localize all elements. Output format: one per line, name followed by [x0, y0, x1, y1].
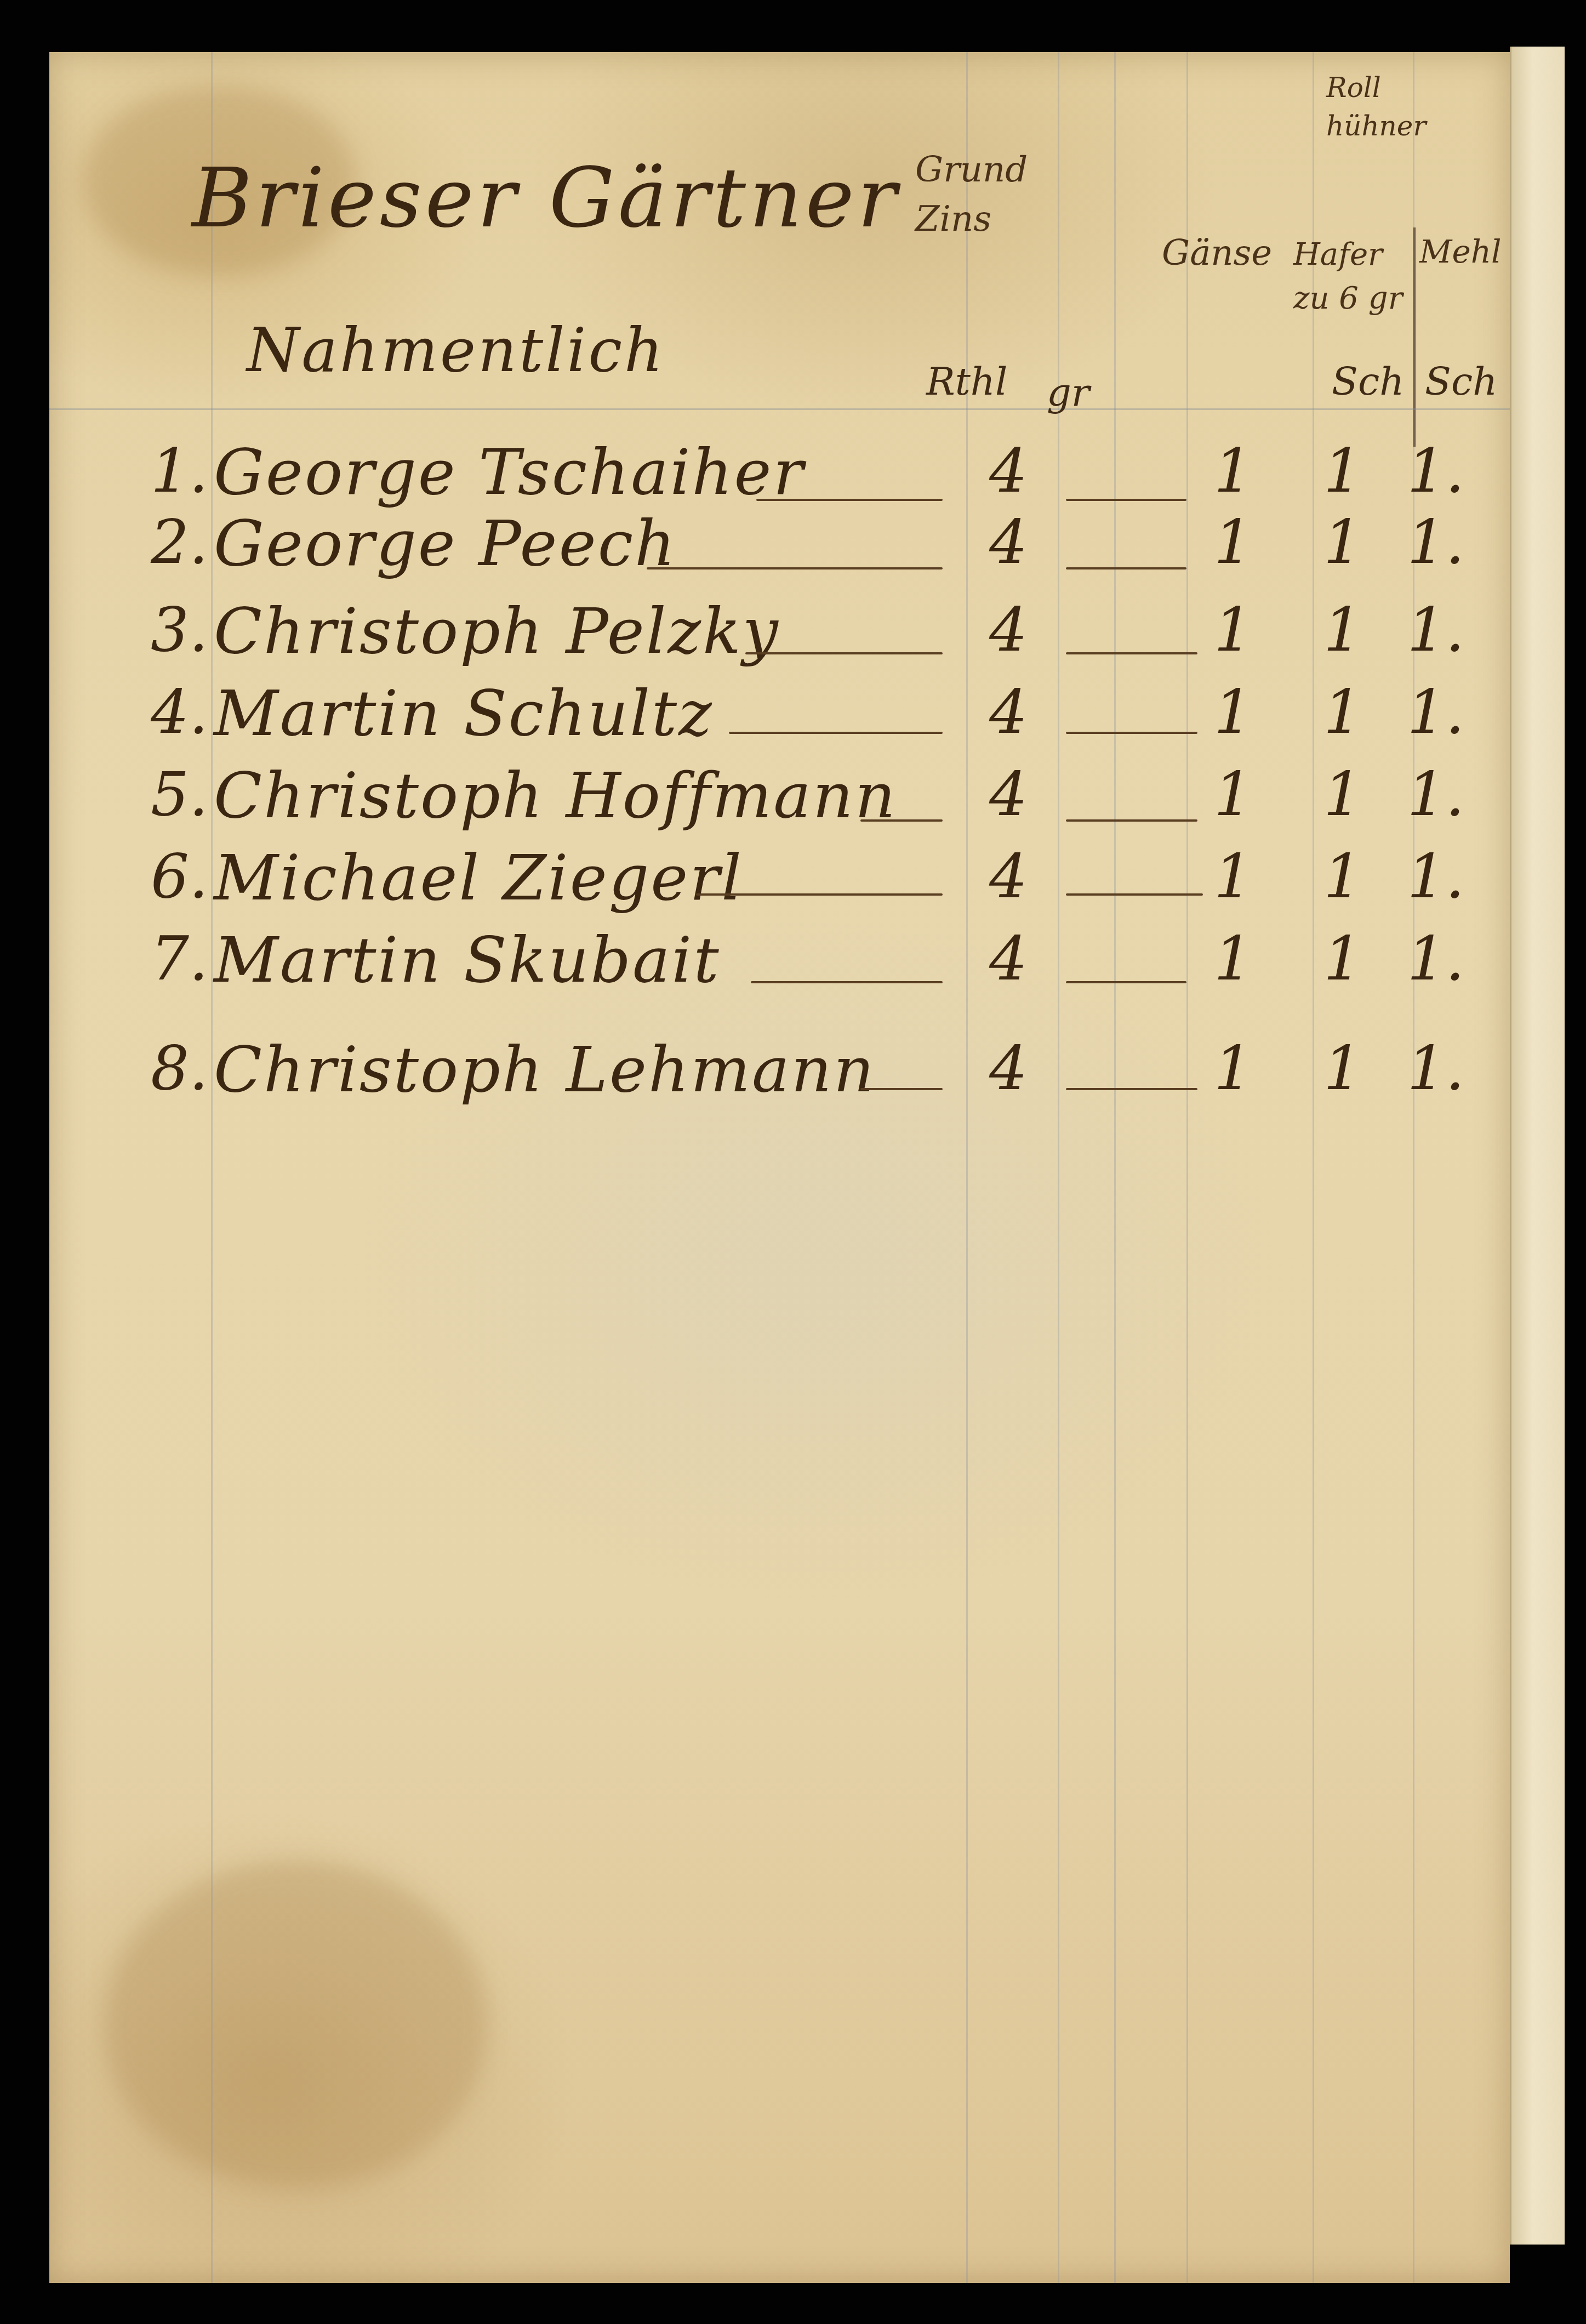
cell-rollhuehner: 1 — [1310, 595, 1376, 665]
row-number: 2. — [151, 507, 208, 577]
cell-rollhuehner: 1 — [1310, 924, 1376, 994]
cell-rollhuehner: 1 — [1310, 436, 1376, 506]
cell-grundzins-gr-dash — [1066, 893, 1203, 896]
cell-grundzins-gr-dash — [1066, 819, 1197, 822]
unit-gr: gr — [1047, 370, 1089, 415]
row-name: Christoph Pelzky — [214, 595, 780, 668]
cell-hafer: 1 — [1200, 507, 1266, 577]
cell-rollhuehner: 1 — [1310, 1033, 1376, 1103]
cell-mehl: 1. — [1403, 924, 1469, 994]
cell-mehl: 1. — [1403, 677, 1469, 747]
cell-rollhuehner: 1 — [1310, 759, 1376, 829]
cell-grundzins-rthl: 4 — [975, 759, 1041, 829]
cell-rollhuehner: 1 — [1310, 841, 1376, 912]
column-header-grundzins: Grund Zins — [915, 145, 1058, 244]
row-number: 4. — [151, 677, 208, 747]
cell-mehl: 1. — [1403, 507, 1469, 577]
row-name: George Peech — [214, 507, 677, 580]
cell-grundzins-rthl: 4 — [975, 677, 1041, 747]
cell-mehl: 1. — [1403, 595, 1469, 665]
column-header-gaense: Gänse — [1162, 233, 1272, 274]
cell-hafer: 1 — [1200, 924, 1266, 994]
column-rule — [1114, 52, 1116, 2283]
fill-dash — [745, 652, 943, 654]
cell-grundzins-rthl: 4 — [975, 595, 1041, 665]
cell-hafer: 1 — [1200, 677, 1266, 747]
stain — [104, 1861, 488, 2190]
cell-mehl: 1. — [1403, 436, 1469, 506]
fill-dash — [751, 981, 943, 983]
column-rule — [1313, 52, 1314, 2283]
row-number: 8. — [151, 1033, 208, 1103]
cell-grundzins-gr-dash — [1066, 652, 1197, 654]
cell-grundzins-rthl: 4 — [975, 507, 1041, 577]
cell-hafer: 1 — [1200, 841, 1266, 912]
row-number: 6. — [151, 841, 208, 912]
margin-rule — [211, 52, 213, 2283]
column-header-hafer: Hafer zu 6 gr — [1293, 233, 1403, 321]
fill-dash — [647, 567, 943, 569]
cell-grundzins-rthl: 4 — [975, 436, 1041, 506]
column-rule — [1413, 52, 1414, 2283]
cell-rollhuehner: 1 — [1310, 677, 1376, 747]
cell-grundzins-rthl: 4 — [975, 841, 1041, 912]
cell-grundzins-gr-dash — [1066, 499, 1186, 501]
document-subtitle: Nahmentlich — [247, 315, 665, 385]
column-header-rollhuehner: Roll hühner — [1326, 69, 1436, 145]
cell-mehl: 1. — [1403, 1033, 1469, 1103]
row-name: Martin Schultz — [214, 677, 714, 750]
fill-dash — [729, 732, 943, 734]
cell-rollhuehner: 1 — [1310, 507, 1376, 577]
column-header-mehl: Mehl — [1419, 233, 1502, 270]
cell-grundzins-rthl: 4 — [975, 924, 1041, 994]
row-number: 1. — [151, 436, 208, 506]
cell-hafer: 1 — [1200, 436, 1266, 506]
unit-sch: Sch — [1425, 359, 1497, 404]
ledger-page: Brieser Gärtner Nahmentlich Grund Zins G… — [49, 52, 1510, 2283]
fill-dash — [860, 1088, 943, 1090]
cell-hafer: 1 — [1200, 595, 1266, 665]
document-title: Brieser Gärtner — [192, 151, 900, 246]
cell-hafer: 1 — [1200, 759, 1266, 829]
unit-sch: Sch — [1332, 359, 1404, 404]
cell-grundzins-gr-dash — [1066, 1088, 1197, 1090]
unit-rthl: Rthl — [926, 359, 1007, 404]
fill-dash — [756, 499, 943, 501]
header-rule — [49, 408, 1510, 410]
cell-grundzins-gr-dash — [1066, 981, 1186, 983]
row-name: Christoph Lehmann — [214, 1033, 876, 1107]
row-number: 5. — [151, 759, 208, 829]
folded-page-edge — [1510, 47, 1565, 2245]
fill-dash — [860, 819, 943, 822]
cell-hafer: 1 — [1200, 1033, 1266, 1103]
cell-grundzins-gr-dash — [1066, 567, 1186, 569]
fill-dash — [696, 893, 943, 896]
row-name: Martin Skubait — [214, 924, 721, 997]
row-name: Michael Ziegerl — [214, 841, 743, 915]
row-name: Christoph Hoffmann — [214, 759, 897, 833]
cell-mehl: 1. — [1403, 841, 1469, 912]
cell-grundzins-rthl: 4 — [975, 1033, 1041, 1103]
row-name: George Tschaiher — [214, 436, 805, 509]
column-rule — [1186, 52, 1188, 2283]
cell-mehl: 1. — [1403, 759, 1469, 829]
cell-grundzins-gr-dash — [1066, 732, 1197, 734]
row-number: 7. — [151, 924, 208, 994]
row-number: 3. — [151, 595, 208, 665]
